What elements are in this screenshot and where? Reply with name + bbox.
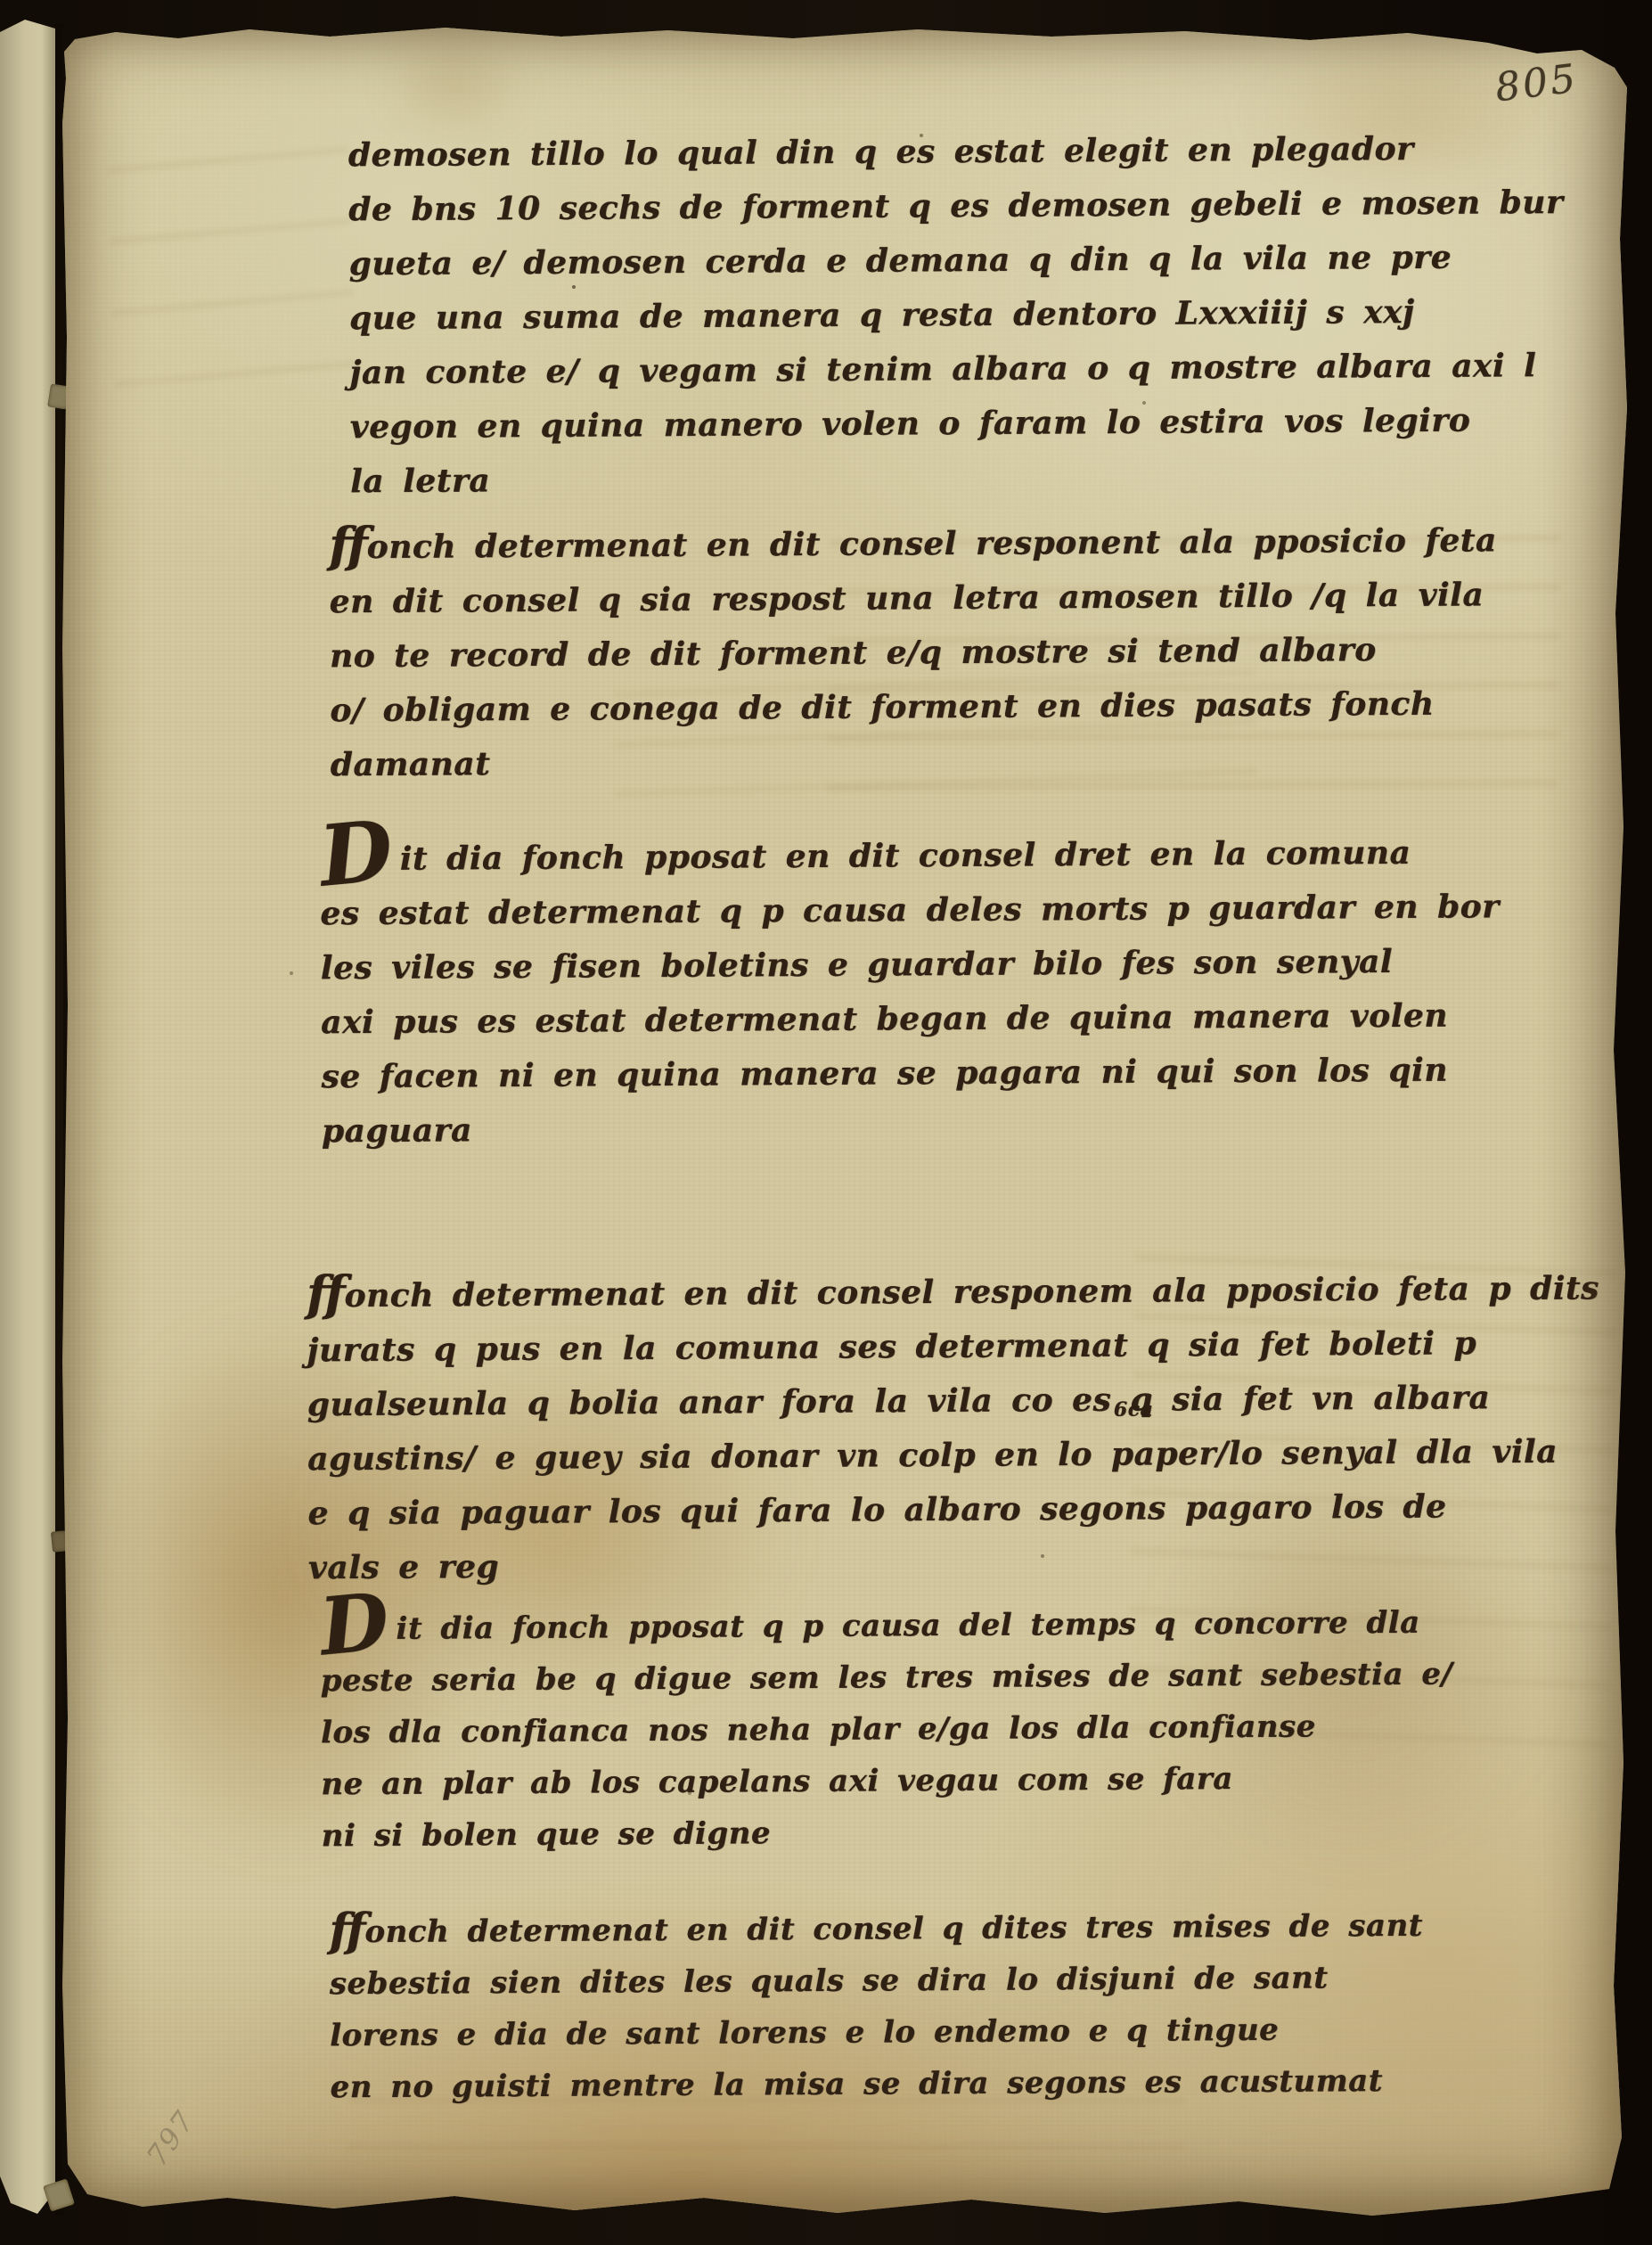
text-line: o/ obligam e conega de dit forment en di…	[330, 676, 1577, 739]
manuscript-photo: 805 demosen tillo lo qual din q es estat…	[0, 0, 1652, 2245]
text-line: los dla confianca nos neha plar e/ga los…	[321, 1700, 1568, 1759]
manuscript-paragraph: ffonch determenat en dit consel q dites …	[329, 1899, 1577, 2114]
text-line: en no guisti mentre la misa se dira sego…	[330, 2054, 1577, 2114]
text-line: les viles se fisen boletins e guardar bi…	[321, 934, 1568, 996]
text-line-content: onch determenat en dit consel responent …	[367, 521, 1497, 566]
enlarged-initial: D	[320, 1620, 388, 1626]
text-line: jurats q pus en la comuna ses determenat…	[307, 1316, 1554, 1379]
text-line-content: onch determenat en dit consel responem a…	[344, 1269, 1599, 1315]
manuscript-paragraph: demosen tillo lo qual din q es estat ele…	[348, 121, 1599, 510]
text-line: agustins/ e guey sia donar vn colp en lo…	[307, 1425, 1555, 1487]
text-line-content: onch determenat en dit consel q dites tr…	[364, 1908, 1423, 1950]
text-line: demosen tillo lo qual din q es estat ele…	[348, 121, 1596, 184]
facing-page-edge	[0, 20, 55, 2214]
folio-pencil-number: 797	[140, 2104, 202, 2173]
text-line: en dit consel q sia respost una letra am…	[329, 568, 1576, 630]
text-line: la letra	[350, 447, 1598, 510]
manuscript-paragraph: 6ca ffonch determenat en dit consel resp…	[307, 1262, 1556, 1596]
text-line: ni si bolen que se digne	[322, 1803, 1569, 1863]
text-line: jan conte e/ q vegam si tenim albara o q…	[349, 339, 1597, 401]
text-line: paguara	[322, 1097, 1569, 1159]
text-line: vegon en quina manero volen o faram lo e…	[350, 393, 1598, 455]
text-line: que una suma de manera q resta dentoro L…	[349, 284, 1597, 347]
binding-gutter	[55, 23, 63, 2216]
text-line: Dit dia fonch pposat en dit consel dret …	[320, 825, 1567, 888]
enlarged-initial: D	[320, 850, 392, 857]
text-line: Dit dia fonch pposat q p causa del temps…	[320, 1596, 1567, 1656]
ink-bleed-through	[107, 123, 357, 407]
manuscript-paragraph: Dit dia fonch pposat en dit consel dret …	[320, 825, 1569, 1159]
text-line: es estat determenat q p causa deles mort…	[320, 880, 1567, 942]
text-line: ffonch determenat en dit consel q dites …	[329, 1899, 1576, 1959]
text-line: sebestia sien dites les quals se dira lo…	[330, 1951, 1577, 2011]
text-line: peste seria be q digue sem les tres mise…	[320, 1648, 1567, 1708]
text-line: lorens e dia de sant lorens e lo endemo …	[330, 2003, 1577, 2062]
manuscript-paragraph: Dit dia fonch pposat q p causa del temps…	[320, 1596, 1569, 1863]
text-line: de bns 10 sechs de forment q es demosen …	[348, 176, 1596, 238]
text-line: se facen ni en quina manera se pagara ni…	[321, 1043, 1568, 1105]
text-line: e q sia paguar los qui fara lo albaro se…	[307, 1479, 1555, 1542]
text-line: ffonch determenat en dit consel responen…	[329, 513, 1576, 576]
page-number: 805	[1493, 56, 1581, 111]
text-line: gualseunla q bolia anar fora la vila co …	[307, 1371, 1555, 1433]
manuscript-paragraph: ffonch determenat en dit consel responen…	[329, 513, 1578, 793]
text-line: ffonch determenat en dit consel responem…	[307, 1262, 1554, 1324]
text-line: damanat	[331, 731, 1578, 793]
text-line: gueta e/ demosen cerda e demana q din q …	[348, 230, 1596, 292]
interlinear-insertion: 6ca	[1114, 1399, 1154, 1419]
text-line: ne an plar ab los capelans axi vegau com…	[321, 1751, 1568, 1811]
manuscript-page: 805 demosen tillo lo qual din q es estat…	[62, 25, 1627, 2216]
text-line: vals e reg	[308, 1534, 1556, 1596]
text-line: no te record de dit forment e/q mostre s…	[330, 622, 1577, 684]
text-line-content: it dia fonch pposat en dit consel dret e…	[400, 834, 1411, 878]
text-line-content: it dia fonch pposat q p causa del temps …	[396, 1605, 1419, 1647]
text-line: axi pus es estat determenat began de qui…	[321, 988, 1568, 1051]
